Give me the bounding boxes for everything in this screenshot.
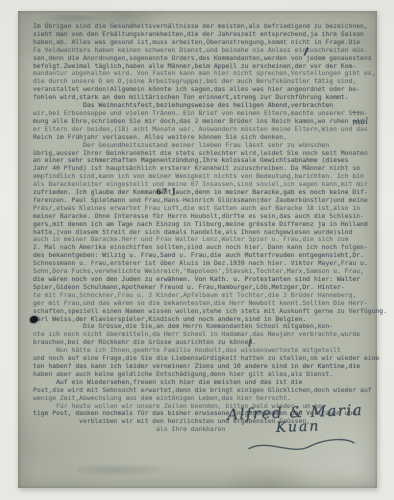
signature-flourish-icon	[246, 431, 357, 459]
letter-page: Im Übrigen sind die Gesundheitsverhältni…	[18, 11, 377, 488]
signature: Alfred & Maria Kuan	[227, 400, 379, 465]
handwritten-margin-note: mal	[351, 106, 377, 128]
handwritten-overstrike: 67 J	[156, 187, 177, 197]
letter-body: Im Übrigen sind die Gesundheitsverhältni…	[33, 23, 365, 434]
pencil-smudge	[78, 463, 173, 477]
scan-background: Im Übrigen sind die Gesundheitsverhältni…	[0, 0, 394, 500]
